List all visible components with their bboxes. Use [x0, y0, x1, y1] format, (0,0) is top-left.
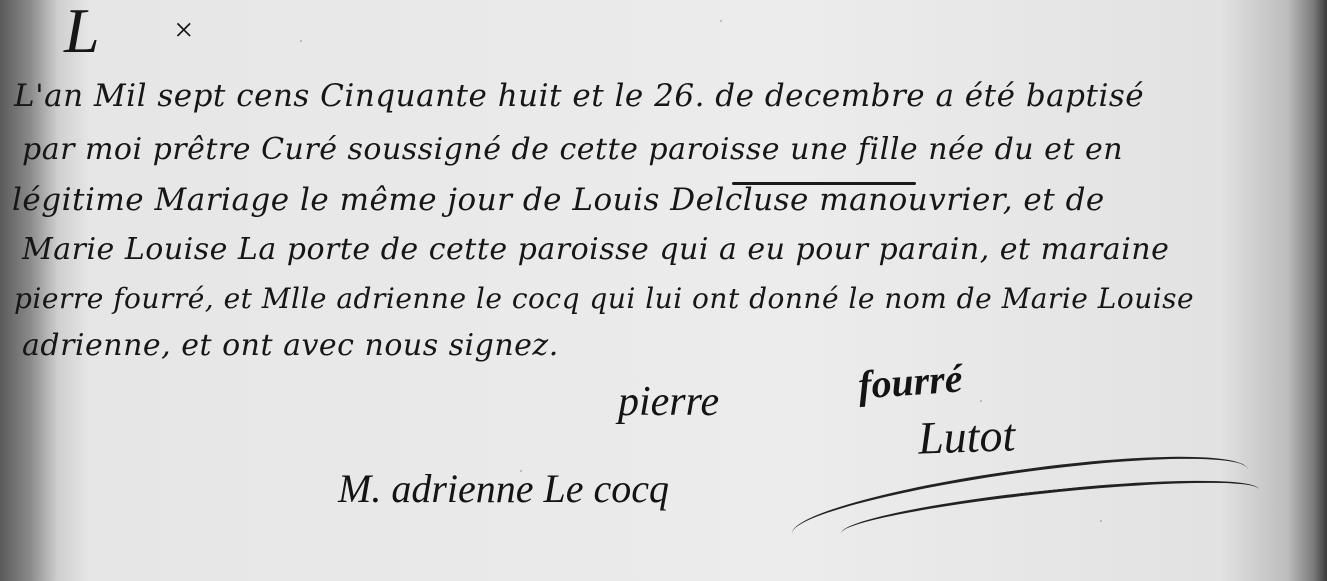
name-underline [732, 182, 916, 185]
margin-cross-mark: × [172, 12, 195, 50]
paper-speck [300, 40, 302, 42]
paper-speck [720, 20, 722, 22]
record-line-3: légitime Mariage le même jour de Louis D… [12, 182, 1105, 218]
record-line-2: par moi prêtre Curé soussigné de cette p… [22, 132, 1123, 167]
margin-initial: L [64, 0, 100, 68]
paper-speck [980, 400, 982, 402]
record-line-1: L'an Mil sept cens Cinquante huit et le … [14, 78, 1144, 114]
signature-cure: Lutot [917, 408, 1016, 464]
signature-fourre: fourré [856, 354, 963, 408]
signature-marraine: M. adrienne Le cocq [338, 465, 669, 512]
record-line-4: Marie Louise La porte de cette paroisse … [22, 232, 1169, 267]
record-line-6: adrienne, et ont avec nous signez. [22, 328, 559, 363]
record-line-5: pierre fourré, et Mlle adrienne le cocq … [14, 282, 1194, 315]
signature-pierre: pierre [618, 378, 719, 426]
scanned-register-page: L × L'an Mil sept cens Cinquante huit et… [0, 0, 1327, 581]
